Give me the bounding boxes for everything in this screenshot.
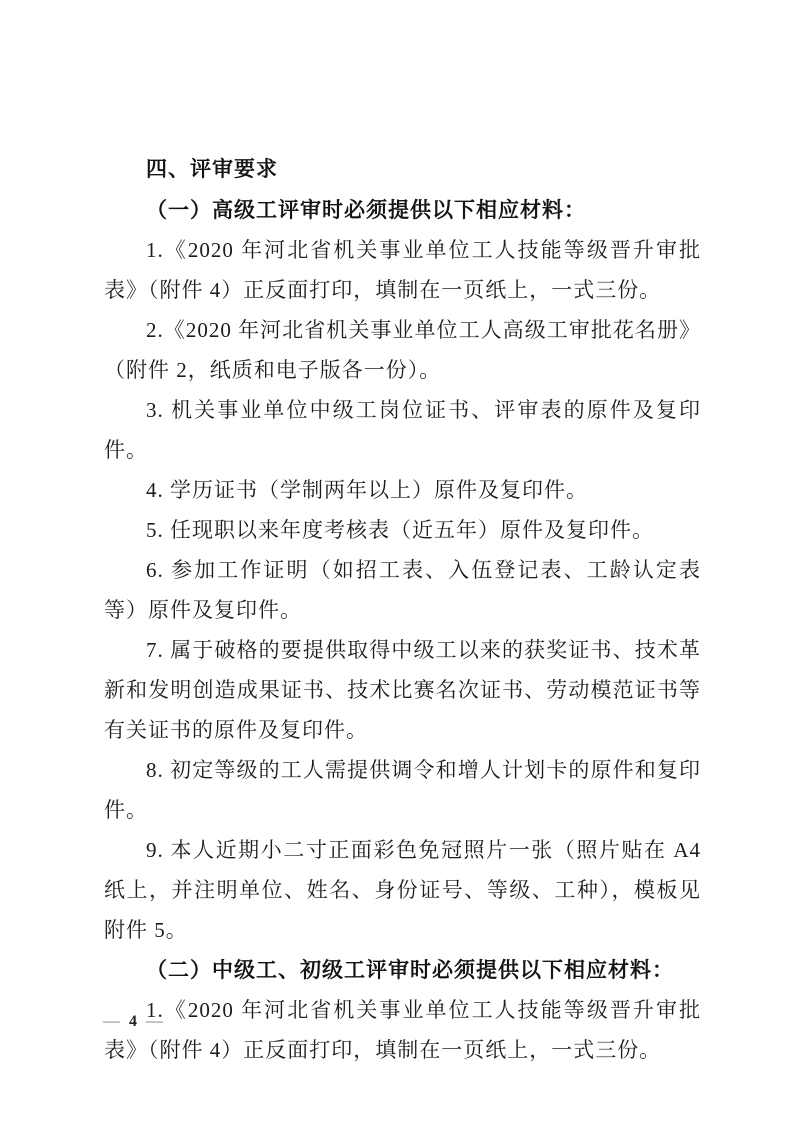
list-item: 6. 参加工作证明（如招工表、入伍登记表、工龄认定表等）原件及复印件。	[104, 550, 701, 630]
list-item: 4. 学历证书（学制两年以上）原件及复印件。	[104, 470, 701, 510]
document-content: 四、评审要求 （一）高级工评审时必须提供以下相应材料： 1.《2020 年河北省…	[104, 150, 701, 1070]
list-item: 1.《2020 年河北省机关事业单位工人技能等级晋升审批表》（附件 4）正反面打…	[104, 990, 701, 1070]
subsection-2-heading: （二）中级工、初级工评审时必须提供以下相应材料：	[104, 950, 701, 990]
list-item: 3. 机关事业单位中级工岗位证书、评审表的原件及复印件。	[104, 390, 701, 470]
list-item: 5. 任现职以来年度考核表（近五年）原件及复印件。	[104, 510, 701, 550]
subsection-1-heading: （一）高级工评审时必须提供以下相应材料：	[104, 190, 701, 230]
list-item: 2.《2020 年河北省机关事业单位工人高级工审批花名册》（附件 2，纸质和电子…	[104, 310, 701, 390]
section-heading: 四、评审要求	[104, 150, 701, 190]
list-item: 7. 属于破格的要提供取得中级工以来的获奖证书、技术革新和发明创造成果证书、技术…	[104, 630, 701, 750]
footer-dash-right: —	[146, 1011, 163, 1030]
subsection-1-items: 1.《2020 年河北省机关事业单位工人技能等级晋升审批表》（附件 4）正反面打…	[104, 230, 701, 950]
subsection-2-items: 1.《2020 年河北省机关事业单位工人技能等级晋升审批表》（附件 4）正反面打…	[104, 990, 701, 1070]
footer-dash-left: —	[103, 1011, 120, 1030]
list-item: 8. 初定等级的工人需提供调令和增人计划卡的原件和复印件。	[104, 750, 701, 830]
document-page: 四、评审要求 （一）高级工评审时必须提供以下相应材料： 1.《2020 年河北省…	[0, 0, 793, 1122]
list-item: 9. 本人近期小二寸正面彩色免冠照片一张（照片贴在 A4 纸上，并注明单位、姓名…	[104, 830, 701, 950]
page-footer: —4—	[103, 1008, 163, 1035]
list-item: 1.《2020 年河北省机关事业单位工人技能等级晋升审批表》（附件 4）正反面打…	[104, 230, 701, 310]
page-number: 4	[120, 1009, 146, 1035]
